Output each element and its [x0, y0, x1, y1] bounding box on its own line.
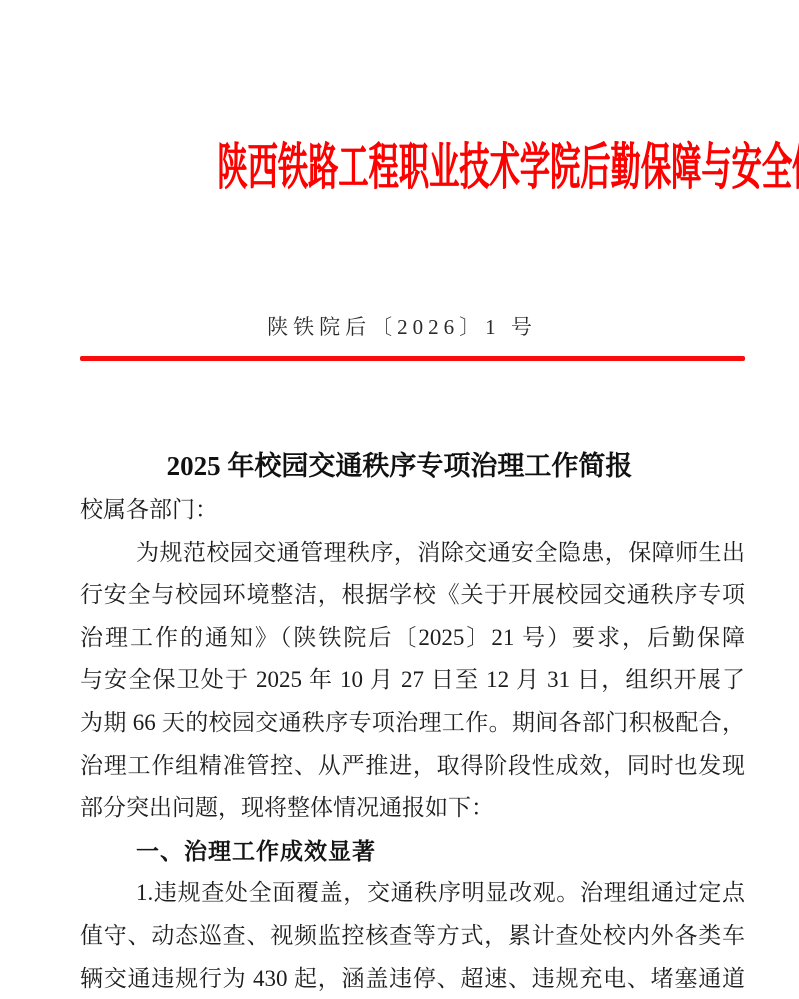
institution-name: 陕西铁路工程职业技术学院后勤保障与安全保卫处 — [217, 139, 799, 195]
body-line: 治理工作组精准管控、从严推进，取得阶段性成效，同时也发现 — [80, 745, 745, 788]
masthead-banner: 陕西铁路工程职业技术学院后勤保障与安全保卫处 — [0, 139, 799, 199]
body-line: 为规范校园交通管理秩序，消除交通安全隐患，保障师生出 — [80, 532, 745, 575]
document-body: 校属各部门： 为规范校园交通管理秩序，消除交通安全隐患，保障师生出 行安全与校园… — [80, 489, 745, 999]
body-line: 为期 66 天的校园交通秩序专项治理工作。期间各部门积极配合， — [80, 702, 745, 745]
document-title: 2025 年校园交通秩序专项治理工作简报 — [0, 449, 799, 483]
body-line: 值守、动态巡查、视频监控核查等方式，累计查处校内外各类车 — [80, 915, 745, 958]
body-line: 行安全与校园环境整洁，根据学校《关于开展校园交通秩序专项 — [80, 574, 745, 617]
body-line: 治理工作的通知》（陕铁院后〔2025〕21 号）要求，后勤保障 — [80, 617, 745, 660]
body-line: 辆交通违规行为 430 起，涵盖违停、超速、违规充电、堵塞通道 — [80, 958, 745, 999]
document-number: 陕铁院后〔2026〕1 号 — [0, 311, 799, 341]
section-heading: 一、治理工作成效显著 — [80, 830, 745, 873]
body-line: 1.违规查处全面覆盖，交通秩序明显改观。治理组通过定点 — [80, 872, 745, 915]
body-line: 与安全保卫处于 2025 年 10 月 27 日至 12 月 31 日，组织开展… — [80, 659, 745, 702]
salutation-line: 校属各部门： — [80, 489, 745, 532]
body-line: 部分突出问题，现将整体情况通报如下： — [80, 787, 745, 830]
document-page: 陕西铁路工程职业技术学院后勤保障与安全保卫处 陕铁院后〔2026〕1 号 202… — [0, 0, 799, 999]
red-divider-line — [80, 356, 745, 361]
